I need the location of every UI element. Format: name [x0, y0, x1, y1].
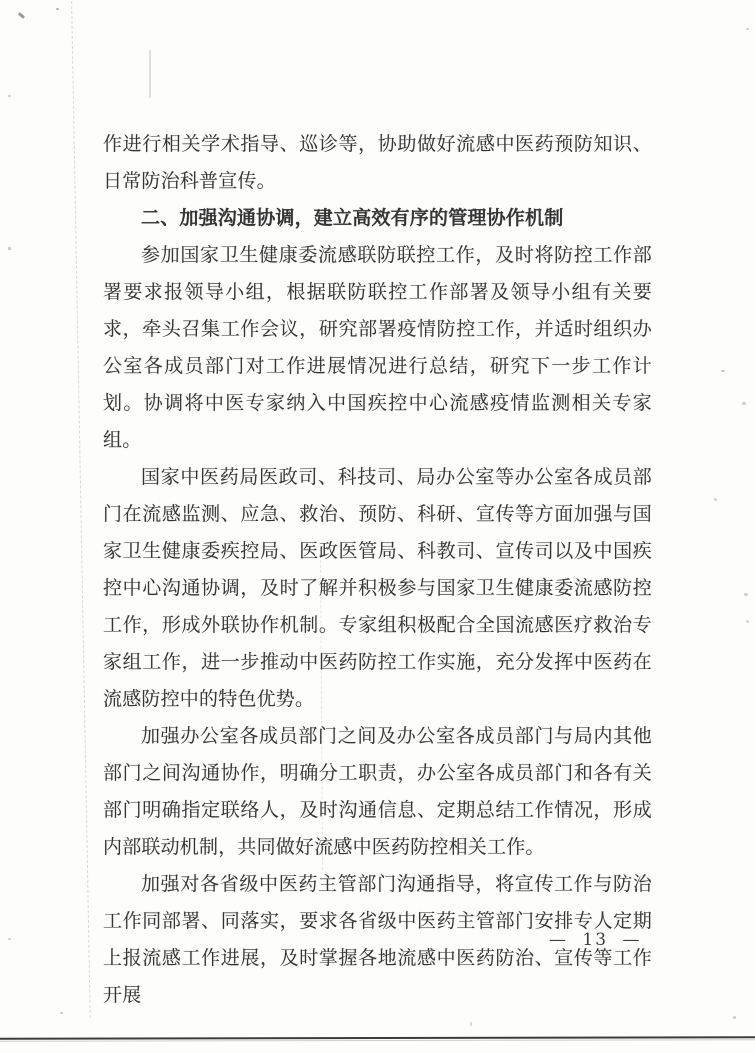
scan-speck — [56, 8, 59, 10]
body-paragraph: 国家中医药局医政司、科技司、局办公室等办公室各成员部门在流感监测、应急、救治、预… — [103, 459, 652, 718]
body-paragraph: 加强办公室各成员部门之间及办公室各成员部门与局内其他部门之间沟通协作，明确分工职… — [103, 718, 652, 866]
document-body: 作进行相关学术指导、巡诊等，协助做好流感中医药预防知识、日常防治科普宣传。 二、… — [103, 126, 652, 1014]
scan-speck — [149, 50, 151, 98]
scan-speck — [721, 370, 725, 372]
scanned-document-page: 作进行相关学术指导、巡诊等，协助做好流感中医药预防知识、日常防治科普宣传。 二、… — [0, 0, 755, 1053]
page-number: — 13 — — [549, 930, 641, 950]
scan-speck — [714, 498, 717, 501]
scan-speck — [8, 95, 11, 97]
scan-edge-line-shadow — [0, 1039, 755, 1042]
scan-speck — [8, 938, 11, 940]
scan-speck — [470, 1022, 472, 1026]
scan-speck — [746, 620, 749, 623]
continuation-paragraph: 作进行相关学术指导、巡诊等，协助做好流感中医药预防知识、日常防治科普宣传。 — [103, 126, 652, 200]
scan-speck — [60, 1012, 63, 1014]
scan-speck — [18, 12, 25, 19]
scan-speck — [8, 247, 11, 250]
body-paragraph: 参加国家卫生健康委流感联防联控工作，及时将防控工作部署要求报领导小组，根据联防联… — [103, 237, 652, 459]
scan-fold-line — [71, 0, 91, 1018]
section-heading: 二、加强沟通协调，建立高效有序的管理协作机制 — [103, 200, 652, 237]
scan-speck — [746, 28, 749, 30]
scan-speck — [742, 402, 746, 405]
scan-speck — [744, 593, 748, 596]
scan-speck — [733, 1016, 736, 1019]
